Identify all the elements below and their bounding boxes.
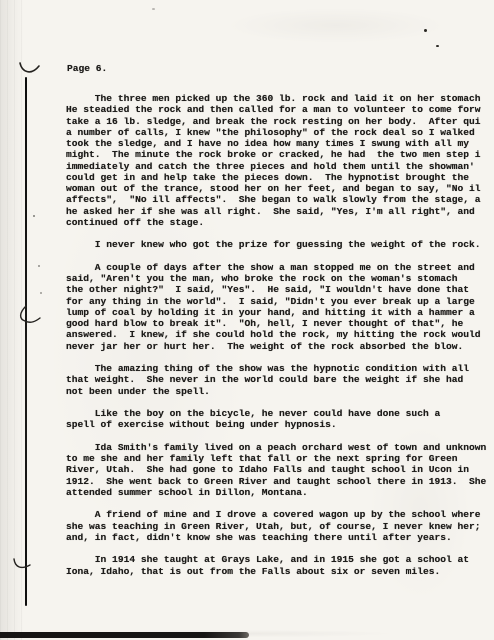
ink-speck [38,265,40,267]
scanned-document-page: Page 6. The three men picked up the 360 … [0,0,494,640]
ink-speck [33,215,35,217]
scan-bar-bottom [0,632,249,638]
ink-speck [424,29,427,32]
typed-body-text: The three men picked up the 360 lb. rock… [66,93,494,593]
pen-curve-top-icon [18,60,42,78]
pen-hook-middle-icon [17,305,43,329]
ink-speck [152,8,155,10]
ink-speck [436,45,439,47]
pen-hook-bottom-icon [11,556,33,574]
margin-vertical-line [25,77,27,606]
page-number: Page 6. [67,63,107,74]
ink-speck [40,292,42,294]
